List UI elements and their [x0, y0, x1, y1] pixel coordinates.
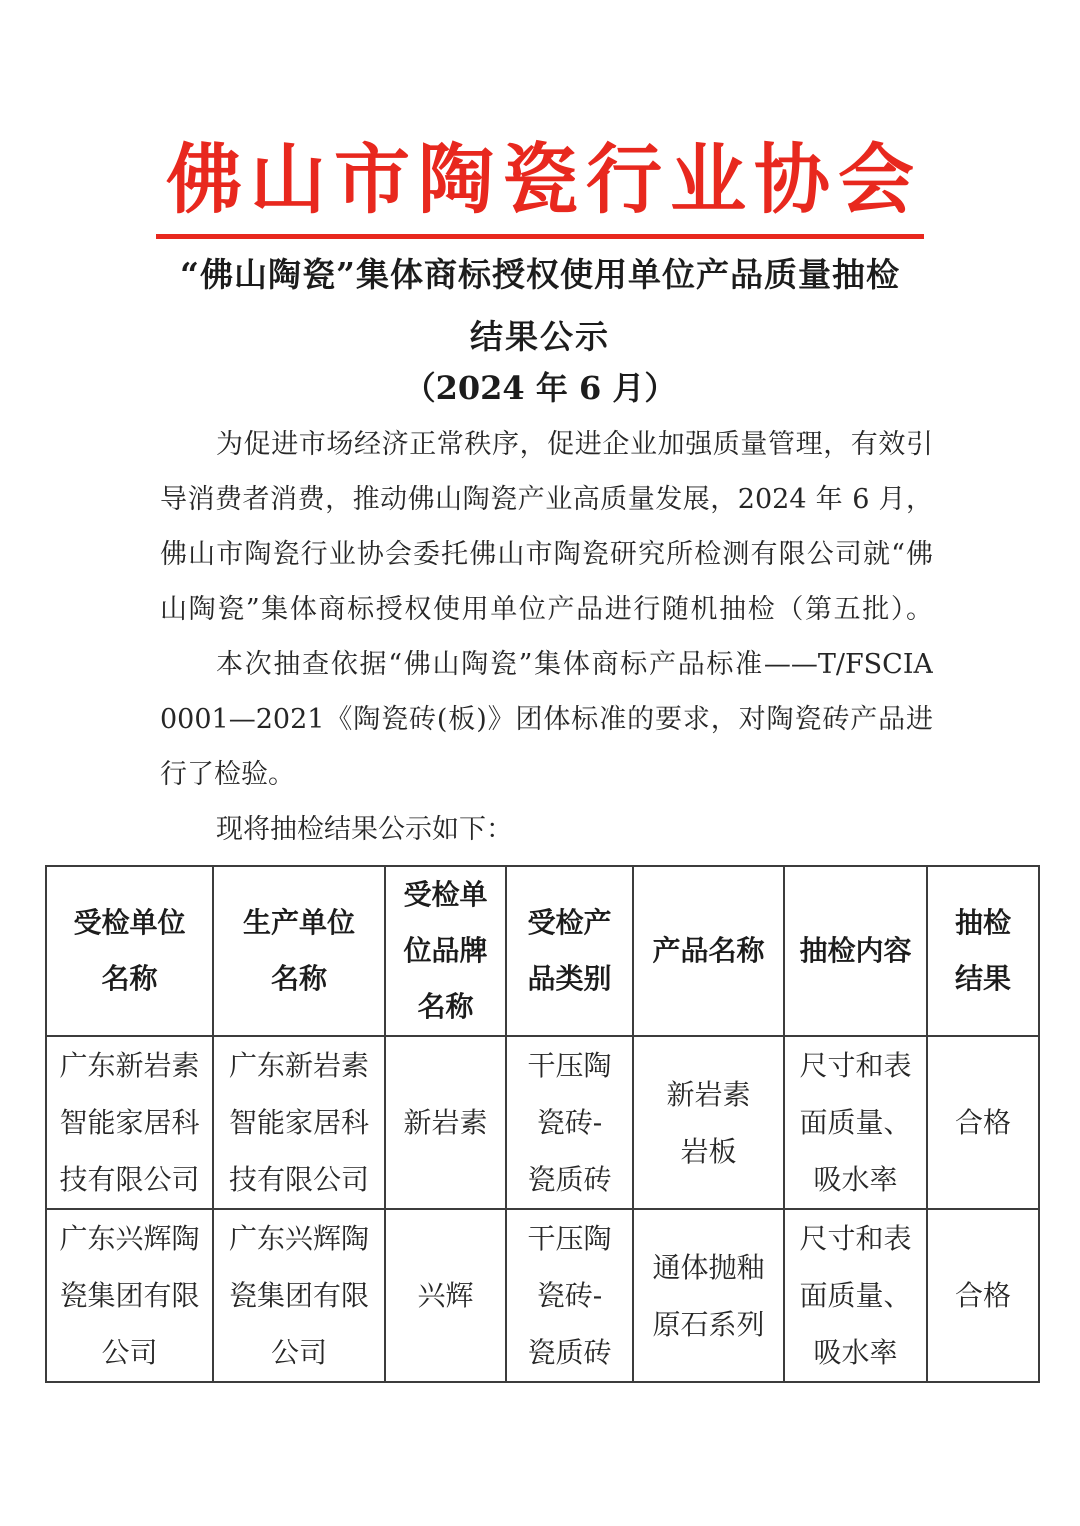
- table-header-cell: 受检单位 名称: [46, 866, 213, 1036]
- table-cell: 合格: [927, 1036, 1039, 1209]
- body-paragraphs: 为促进市场经济正常秩序，促进企业加强质量管理，有效引导消费者消费，推动佛山陶瓷产…: [160, 417, 933, 857]
- table-row: 广东新岩素 智能家居科 技有限公司广东新岩素 智能家居科 技有限公司新岩素干压陶…: [46, 1036, 1039, 1209]
- table-cell: 合格: [927, 1209, 1039, 1382]
- paragraph-line: 本次抽查依据“佛山陶瓷”集体商标产品标准——T/FSCIA: [160, 637, 933, 692]
- table-header-cell: 抽检 结果: [927, 866, 1039, 1036]
- organization-title: 佛山市陶瓷行业协会: [156, 134, 924, 239]
- table-cell: 广东新岩素 智能家居科 技有限公司: [213, 1036, 385, 1209]
- paragraph-line: 现将抽检结果公示如下：: [160, 802, 933, 857]
- document-date-line: （2024 年 6 月）: [0, 366, 1080, 410]
- document-page: 佛山市陶瓷行业协会 “佛山陶瓷”集体商标授权使用单位产品质量抽检 结果公示 （2…: [0, 0, 1080, 1526]
- table-cell: 干压陶 瓷砖- 瓷质砖: [506, 1209, 633, 1382]
- table-cell: 新岩素 岩板: [633, 1036, 784, 1209]
- table-row: 广东兴辉陶 瓷集团有限 公司广东兴辉陶 瓷集团有限 公司兴辉干压陶 瓷砖- 瓷质…: [46, 1209, 1039, 1382]
- table-header-cell: 受检单 位品牌 名称: [385, 866, 506, 1036]
- table-body: 广东新岩素 智能家居科 技有限公司广东新岩素 智能家居科 技有限公司新岩素干压陶…: [46, 1036, 1039, 1382]
- table-header-cell: 产品名称: [633, 866, 784, 1036]
- table-cell: 干压陶 瓷砖- 瓷质砖: [506, 1036, 633, 1209]
- table-header-cell: 抽检内容: [784, 866, 927, 1036]
- table-cell: 兴辉: [385, 1209, 506, 1382]
- paragraph-line: 0001—2021《陶瓷砖(板)》团体标准的要求，对陶瓷砖产品进: [160, 692, 933, 747]
- table-cell: 尺寸和表 面质量、 吸水率: [784, 1209, 927, 1382]
- table-header-cell: 生产单位 名称: [213, 866, 385, 1036]
- paragraph-line: 为促进市场经济正常秩序，促进企业加强质量管理，有效引: [160, 417, 933, 472]
- paragraph-line: 行了检验。: [160, 747, 933, 802]
- table-header-row: 受检单位 名称生产单位 名称受检单 位品牌 名称受检产 品类别产品名称抽检内容抽…: [46, 866, 1039, 1036]
- document-subtitle-line1: “佛山陶瓷”集体商标授权使用单位产品质量抽检: [0, 252, 1080, 298]
- table-cell: 广东兴辉陶 瓷集团有限 公司: [46, 1209, 213, 1382]
- paragraph-line: 佛山市陶瓷行业协会委托佛山市陶瓷研究所检测有限公司就“佛: [160, 527, 933, 582]
- table-header-cell: 受检产 品类别: [506, 866, 633, 1036]
- table-cell: 通体抛釉 原石系列: [633, 1209, 784, 1382]
- results-table-wrap: 受检单位 名称生产单位 名称受检单 位品牌 名称受检产 品类别产品名称抽检内容抽…: [45, 865, 1040, 1383]
- table-cell: 广东兴辉陶 瓷集团有限 公司: [213, 1209, 385, 1382]
- document-subtitle-line2: 结果公示: [0, 314, 1080, 360]
- document-header: 佛山市陶瓷行业协会: [0, 134, 1080, 239]
- table-cell: 广东新岩素 智能家居科 技有限公司: [46, 1036, 213, 1209]
- paragraph-line: 山陶瓷”集体商标授权使用单位产品进行随机抽检（第五批）。: [160, 582, 933, 637]
- inspection-results-table: 受检单位 名称生产单位 名称受检单 位品牌 名称受检产 品类别产品名称抽检内容抽…: [45, 865, 1040, 1383]
- paragraph-line: 导消费者消费，推动佛山陶瓷产业高质量发展，2024 年 6 月，: [160, 472, 933, 527]
- table-cell: 尺寸和表 面质量、 吸水率: [784, 1036, 927, 1209]
- table-cell: 新岩素: [385, 1036, 506, 1209]
